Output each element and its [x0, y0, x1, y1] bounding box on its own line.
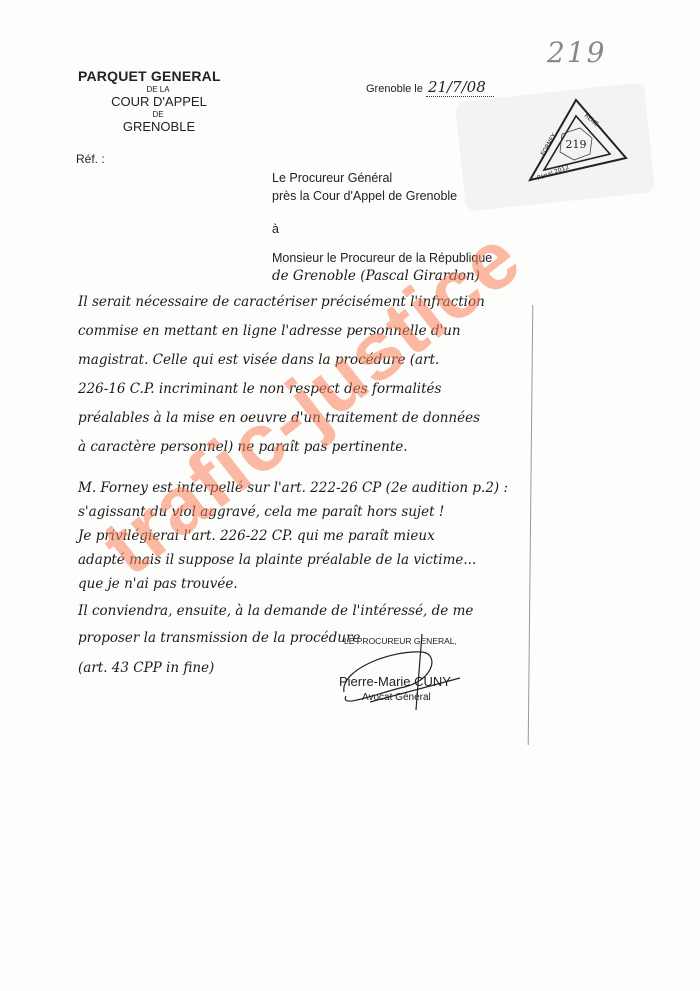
sender-line2: près la Cour d'Appel de Grenoble	[272, 189, 457, 203]
margin-rule	[528, 305, 534, 745]
sender-line1: Le Procureur Général	[272, 171, 392, 185]
letterhead-line3: COUR D'APPEL	[90, 94, 228, 109]
letterhead-title: PARQUET GENERAL	[78, 68, 228, 84]
to-label: à	[272, 222, 279, 236]
body-line: Il conviendra, ensuite, à la demande de …	[78, 603, 473, 619]
date-line: Grenoble le 21/7/08	[366, 78, 494, 96]
svg-text:FORNEY: FORNEY	[540, 132, 558, 157]
body-line: proposer la transmission de la procédure	[78, 630, 360, 646]
letterhead: PARQUET GENERAL DE LA COUR D'APPEL DE GR…	[78, 68, 228, 134]
date-value: 21/7/08	[426, 78, 494, 97]
date-prefix: Grenoble le	[366, 83, 423, 95]
triangle-stamp-icon: 219 FORNEY RENE Pénal 2012	[522, 96, 630, 184]
body-line: (art. 43 CPP in fine)	[78, 660, 214, 676]
letterhead-line2: DE LA	[88, 85, 228, 94]
svg-text:219: 219	[566, 138, 587, 151]
letterhead-line5: GRENOBLE	[90, 119, 228, 134]
signature-scribble-icon	[330, 630, 480, 720]
page-number: 219	[547, 36, 606, 69]
document-page: PARQUET GENERAL DE LA COUR D'APPEL DE GR…	[0, 0, 700, 991]
letterhead-line4: DE	[88, 110, 228, 119]
reference-label: Réf. :	[76, 152, 105, 166]
